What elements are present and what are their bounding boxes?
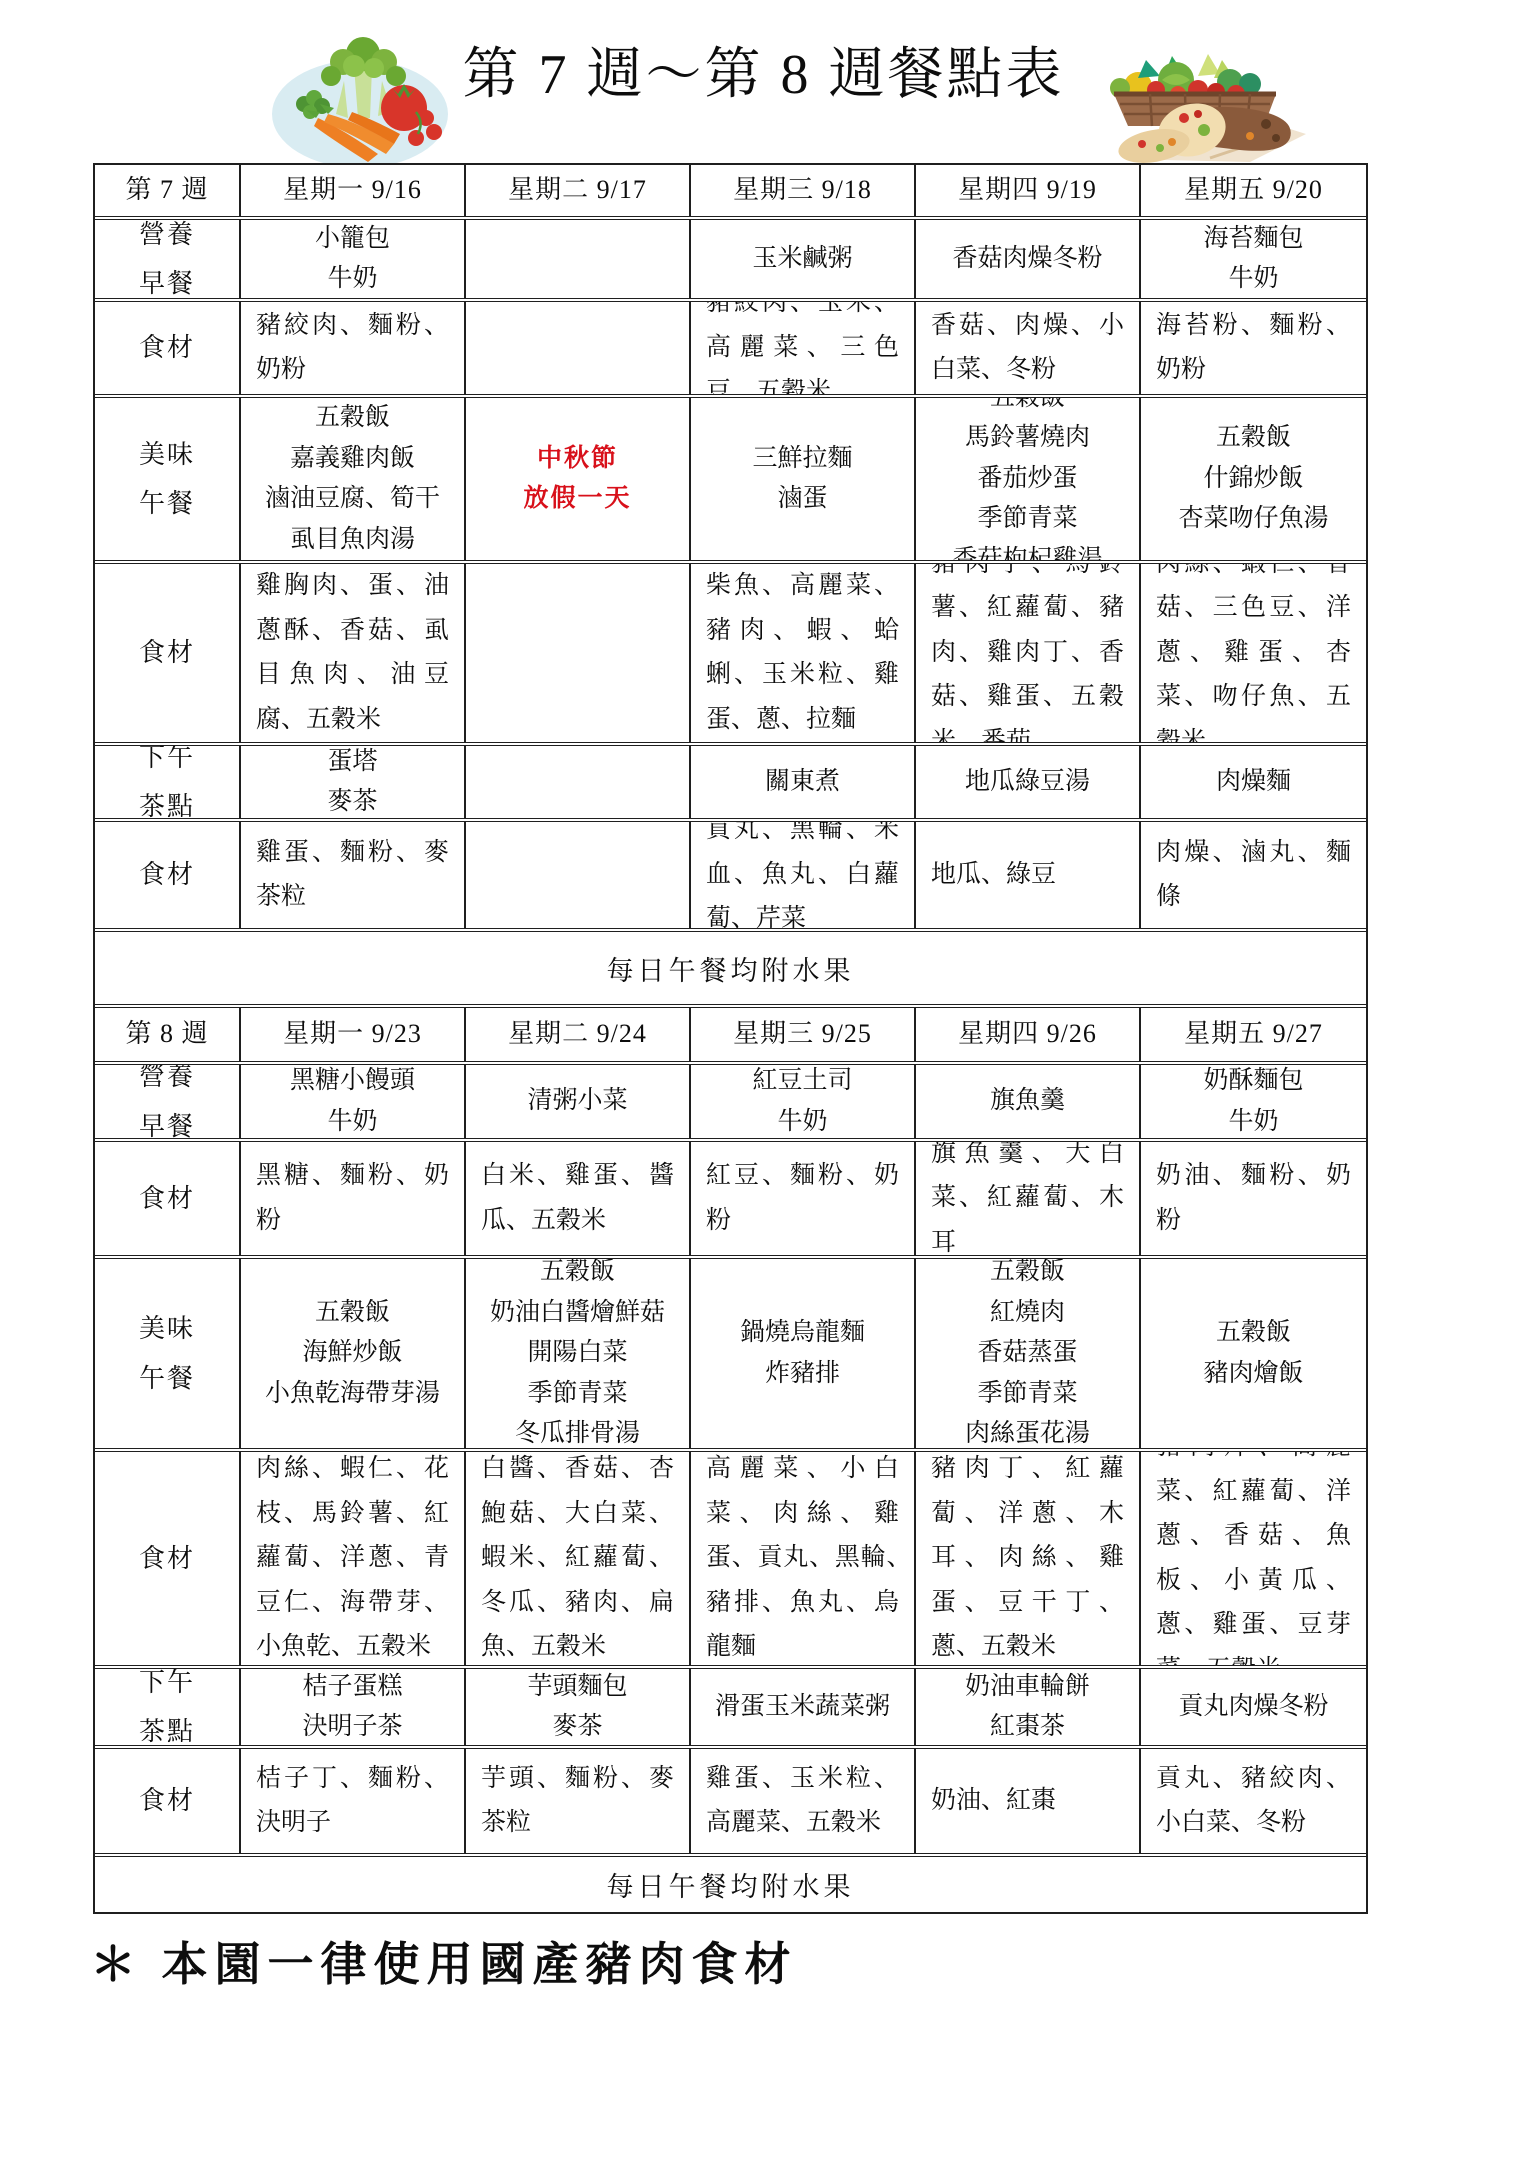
meal-cell: 五穀飯奶油白醬燴鮮菇開陽白菜季節青菜冬瓜排骨湯 — [466, 1259, 691, 1448]
menu-row: 食材黑糖、麵粉、奶粉白米、雞蛋、醬瓜、五穀米紅豆、麵粉、奶粉旗魚羹、大白菜、紅蘿… — [95, 1142, 1366, 1259]
cell-line: 星期五 9/20 — [1184, 169, 1323, 211]
cell-line: 香菇蒸蛋 — [977, 1333, 1077, 1374]
meal-cell: 地瓜綠豆湯 — [916, 746, 1141, 818]
meal-cell: 紅豆土司牛奶 — [691, 1065, 916, 1138]
cell-line: 星期三 9/18 — [733, 169, 872, 211]
cell-line: 每日午餐均附水果 — [607, 1865, 855, 1904]
week-7-header-row: 第 7 週星期一 9/16星期二 9/17星期三 9/18星期四 9/19星期五… — [95, 165, 1366, 220]
ingredient-text: 白米、雞蛋、醬瓜、五穀米 — [481, 1154, 674, 1243]
cell-line: 三鮮拉麵 — [752, 439, 852, 480]
cell-line: 番茄炒蛋 — [977, 459, 1077, 500]
meal-cell: 芋頭麵包麥茶 — [466, 1669, 691, 1745]
ingredient-cell: 桔子丁、麵粉、決明子 — [241, 1749, 466, 1853]
cell-line: 星期一 9/16 — [283, 169, 422, 211]
cell-line: 五穀飯 — [990, 398, 1065, 418]
cell-line: 奶酥麵包 — [1203, 1065, 1303, 1102]
fruit-note-row: 每日午餐均附水果 — [95, 932, 1366, 1008]
ingredient-text: 桔子丁、麵粉、決明子 — [256, 1757, 449, 1846]
cell-line: 桔子蛋糕 — [302, 1669, 402, 1707]
cell-line: 地瓜綠豆湯 — [965, 762, 1090, 803]
cell-line: 季節青菜 — [977, 499, 1077, 540]
cell-line: 豬肉燴飯 — [1203, 1354, 1303, 1395]
meal-cell: 五穀飯馬鈴薯燒肉番茄炒蛋季節青菜香菇枸杞雞湯 — [916, 398, 1141, 560]
ingredient-cell: 奶油、麵粉、奶粉 — [1141, 1142, 1366, 1255]
row-label: 食材 — [95, 1749, 241, 1853]
cell-line: 茶點 — [139, 1707, 195, 1745]
cell-line: 季節青菜 — [527, 1374, 627, 1415]
row-label: 營養早餐 — [95, 1065, 241, 1138]
menu-row: 食材雞蛋、麵粉、麥茶粒貢丸、黑輪、米血、魚丸、白蘿蔔、芹菜地瓜、綠豆肉燥、滷丸、… — [95, 822, 1366, 932]
ingredient-cell — [466, 564, 691, 742]
cell-line: 關東煮 — [765, 762, 840, 803]
ingredient-text: 地瓜、綠豆 — [931, 853, 1124, 898]
cell-line: 星期四 9/26 — [958, 1013, 1097, 1055]
fruit-note-row: 每日午餐均附水果 — [95, 1857, 1366, 1912]
cell-line: 第 7 週 — [125, 169, 208, 211]
cell-line: 茶點 — [139, 782, 195, 818]
cell-line: 紅燒肉 — [990, 1293, 1065, 1334]
cell-line: 牛奶 — [777, 1102, 827, 1139]
page-title: 第 7 週～第 8 週餐點表 — [0, 30, 1527, 110]
meal-cell: 玉米鹹粥 — [691, 220, 916, 298]
ingredient-cell: 地瓜、綠豆 — [916, 822, 1141, 928]
ingredient-text: 奶油、麵粉、奶粉 — [1156, 1154, 1351, 1243]
cell-line: 中秋節 — [537, 439, 618, 480]
ingredient-text: 豬絞肉、麵粉、奶粉 — [256, 304, 449, 393]
meal-cell: 三鮮拉麵滷蛋 — [691, 398, 916, 560]
row-label: 食材 — [95, 1452, 241, 1665]
ingredient-cell: 香菇、肉燥、小白菜、冬粉 — [916, 302, 1141, 394]
ingredient-cell: 海苔粉、麵粉、奶粉 — [1141, 302, 1366, 394]
ingredient-cell: 肉絲、蝦仁、香菇、三色豆、洋蔥、雞蛋、杏菜、吻仔魚、五穀米 — [1141, 564, 1366, 742]
cell-line: 嘉義雞肉飯 — [290, 439, 415, 480]
day-header: 星期二 9/17 — [466, 165, 691, 216]
cell-line: 星期一 9/23 — [283, 1013, 422, 1055]
row-label: 下午茶點 — [95, 1669, 241, 1745]
cell-line: 小魚乾海帶芽湯 — [265, 1374, 440, 1415]
ingredient-text: 紅豆、麵粉、奶粉 — [706, 1154, 899, 1243]
ingredient-text: 豬肉片、高麗菜、紅蘿蔔、洋蔥、香菇、魚板、小黃瓜、蔥、雞蛋、豆芽菜、五穀米 — [1156, 1452, 1351, 1665]
day-header: 星期三 9/18 — [691, 165, 916, 216]
ingredient-text: 豬絞肉、玉米、高麗菜、三色豆、五穀米 — [706, 302, 899, 394]
ingredient-cell: 豬絞肉、麵粉、奶粉 — [241, 302, 466, 394]
ingredient-cell: 肉絲、蝦仁、花枝、馬鈴薯、紅蘿蔔、洋蔥、青豆仁、海帶芽、小魚乾、五穀米 — [241, 1452, 466, 1665]
ingredient-cell: 旗魚羹、大白菜、紅蘿蔔、木耳 — [916, 1142, 1141, 1255]
cell-line: 星期五 9/27 — [1184, 1013, 1323, 1055]
row-label: 下午茶點 — [95, 746, 241, 818]
cell-line: 玉米鹹粥 — [752, 239, 852, 280]
day-header: 星期五 9/27 — [1141, 1008, 1366, 1061]
meal-cell — [466, 220, 691, 298]
ingredient-cell: 雞胸肉、蛋、油蔥酥、香菇、虱目魚肉、油豆腐、五穀米 — [241, 564, 466, 742]
cell-line: 炸豬排 — [765, 1354, 840, 1395]
cell-line: 杏菜吻仔魚湯 — [1178, 499, 1328, 540]
ingredient-cell: 高麗菜、小白菜、肉絲、雞蛋、貢丸、黑輪、 豬排、魚丸、烏龍麵 — [691, 1452, 916, 1665]
day-header: 星期三 9/25 — [691, 1008, 916, 1061]
meal-cell: 鍋燒烏龍麵炸豬排 — [691, 1259, 916, 1448]
ingredient-text: 高麗菜、小白菜、肉絲、雞蛋、貢丸、黑輪、 豬排、魚丸、烏龍麵 — [706, 1452, 899, 1665]
ingredient-cell: 奶油、紅棗 — [916, 1749, 1141, 1853]
cell-line: 食材 — [139, 323, 195, 372]
ingredient-cell: 肉燥、滷丸、麵條 — [1141, 822, 1366, 928]
ingredient-cell: 貢丸、黑輪、米血、魚丸、白蘿蔔、芹菜 — [691, 822, 916, 928]
ingredient-text: 貢丸、豬絞肉、小白菜、冬粉 — [1156, 1757, 1351, 1846]
cell-line: 蛋塔 — [327, 746, 377, 782]
meal-cell: 桔子蛋糕決明子茶 — [241, 1669, 466, 1745]
cell-line: 食材 — [139, 1174, 195, 1223]
cell-line: 美味 — [139, 1304, 195, 1353]
meal-cell: 五穀飯嘉義雞肉飯滷油豆腐、筍干虱目魚肉湯 — [241, 398, 466, 560]
cell-line: 滑蛋玉米蔬菜粥 — [715, 1687, 890, 1728]
ingredient-cell — [466, 302, 691, 394]
ingredient-cell: 貢丸、豬絞肉、小白菜、冬粉 — [1141, 1749, 1366, 1853]
meal-cell: 貢丸肉燥冬粉 — [1141, 1669, 1366, 1745]
ingredient-cell: 雞蛋、玉米粒、高麗菜、五穀米 — [691, 1749, 916, 1853]
ingredient-text: 香菇、肉燥、小白菜、冬粉 — [931, 304, 1124, 393]
cell-line: 紅豆土司 — [752, 1065, 852, 1102]
ingredient-cell: 白醬、香菇、杏鮑菇、大白菜、蝦米、紅蘿蔔、冬瓜、豬肉、扁魚、五穀米 — [466, 1452, 691, 1665]
day-header: 星期四 9/26 — [916, 1008, 1141, 1061]
cell-line: 早餐 — [139, 1102, 195, 1139]
cell-line: 五穀飯 — [315, 1293, 390, 1334]
cell-line: 五穀飯 — [315, 398, 390, 439]
cell-line: 牛奶 — [327, 259, 377, 298]
meal-cell: 奶油車輪餅紅棗茶 — [916, 1669, 1141, 1745]
ingredient-text: 海苔粉、麵粉、奶粉 — [1156, 304, 1351, 393]
cell-line: 海鮮炒飯 — [302, 1333, 402, 1374]
ingredient-text: 雞胸肉、蛋、油蔥酥、香菇、虱目魚肉、油豆腐、五穀米 — [256, 564, 449, 742]
menu-table: 第 7 週星期一 9/16星期二 9/17星期三 9/18星期四 9/19星期五… — [93, 163, 1368, 1914]
meal-cell: 關東煮 — [691, 746, 916, 818]
day-header: 星期二 9/24 — [466, 1008, 691, 1061]
meal-cell: 五穀飯什錦炒飯杏菜吻仔魚湯 — [1141, 398, 1366, 560]
menu-row: 營養早餐小籠包牛奶玉米鹹粥香菇肉燥冬粉海苔麵包牛奶 — [95, 220, 1366, 302]
meal-cell: 小籠包牛奶 — [241, 220, 466, 298]
cell-line: 星期二 9/17 — [508, 169, 647, 211]
week-8-header-row: 第 8 週星期一 9/23星期二 9/24星期三 9/25星期四 9/26星期五… — [95, 1008, 1366, 1065]
cell-line: 冬瓜排骨湯 — [515, 1414, 640, 1448]
day-header: 星期四 9/19 — [916, 165, 1141, 216]
cell-line: 香菇枸杞雞湯 — [952, 540, 1102, 560]
cell-line: 牛奶 — [1228, 259, 1278, 298]
week-label: 第 8 週 — [95, 1008, 241, 1061]
cell-line: 麥茶 — [327, 782, 377, 818]
cell-line: 下午 — [139, 1669, 195, 1707]
day-header: 星期一 9/23 — [241, 1008, 466, 1061]
ingredient-cell: 白米、雞蛋、醬瓜、五穀米 — [466, 1142, 691, 1255]
ingredient-text: 奶油、紅棗 — [931, 1779, 1124, 1824]
cell-line: 五穀飯 — [1216, 418, 1291, 459]
cell-line: 虱目魚肉湯 — [290, 520, 415, 561]
meal-cell: 旗魚羹 — [916, 1065, 1141, 1138]
cell-line: 食材 — [139, 850, 195, 899]
ingredient-text: 豬肉丁、紅蘿蔔、洋蔥、木耳、肉絲、雞蛋、豆干丁、蔥、五穀米 — [931, 1452, 1124, 1665]
ingredient-cell: 紅豆、麵粉、奶粉 — [691, 1142, 916, 1255]
day-header: 星期一 9/16 — [241, 165, 466, 216]
cell-line: 奶油車輪餅 — [965, 1669, 1090, 1707]
row-label: 食材 — [95, 1142, 241, 1255]
cell-line: 小籠包 — [315, 220, 390, 259]
cell-line: 馬鈴薯燒肉 — [965, 418, 1090, 459]
cell-line: 決明子茶 — [302, 1707, 402, 1745]
menu-row: 下午茶點桔子蛋糕決明子茶芋頭麵包麥茶滑蛋玉米蔬菜粥奶油車輪餅紅棗茶貢丸肉燥冬粉 — [95, 1669, 1366, 1749]
ingredient-text: 雞蛋、麵粉、麥茶粒 — [256, 831, 449, 920]
meal-cell: 肉燥麵 — [1141, 746, 1366, 818]
cell-line: 星期四 9/19 — [958, 169, 1097, 211]
holiday-cell: 中秋節放假一天 — [466, 398, 691, 560]
cell-line: 黑糖小饅頭 — [290, 1065, 415, 1102]
cell-line: 香菇肉燥冬粉 — [952, 239, 1102, 280]
meal-cell: 清粥小菜 — [466, 1065, 691, 1138]
meal-cell — [466, 746, 691, 818]
ingredient-cell: 黑糖、麵粉、奶粉 — [241, 1142, 466, 1255]
cell-line: 每日午餐均附水果 — [607, 949, 855, 988]
menu-row: 食材肉絲、蝦仁、花枝、馬鈴薯、紅蘿蔔、洋蔥、青豆仁、海帶芽、小魚乾、五穀米白醬、… — [95, 1452, 1366, 1669]
cell-line: 星期三 9/25 — [733, 1013, 872, 1055]
ingredient-text: 肉絲、蝦仁、香菇、三色豆、洋蔥、雞蛋、杏菜、吻仔魚、五穀米 — [1156, 564, 1351, 742]
cell-line: 開陽白菜 — [527, 1333, 627, 1374]
cell-line: 營養 — [139, 1065, 195, 1102]
meal-cell: 黑糖小饅頭牛奶 — [241, 1065, 466, 1138]
row-label: 食材 — [95, 822, 241, 928]
ingredient-text: 旗魚羹、大白菜、紅蘿蔔、木耳 — [931, 1142, 1124, 1255]
cell-line: 紅棗茶 — [990, 1707, 1065, 1745]
menu-row: 下午茶點蛋塔麥茶關東煮地瓜綠豆湯肉燥麵 — [95, 746, 1366, 822]
pork-origin-footnote: ＊ 本園一律使用國產豬肉食材 — [90, 1928, 798, 1994]
meal-cell: 奶酥麵包牛奶 — [1141, 1065, 1366, 1138]
ingredient-text: 肉絲、蝦仁、花枝、馬鈴薯、紅蘿蔔、洋蔥、青豆仁、海帶芽、小魚乾、五穀米 — [256, 1452, 449, 1665]
ingredient-cell: 豬肉片、高麗菜、紅蘿蔔、洋蔥、香菇、魚板、小黃瓜、蔥、雞蛋、豆芽菜、五穀米 — [1141, 1452, 1366, 1665]
menu-row: 食材桔子丁、麵粉、決明子芋頭、麵粉、麥茶粒雞蛋、玉米粒、高麗菜、五穀米奶油、紅棗… — [95, 1749, 1366, 1857]
menu-row: 營養早餐黑糖小饅頭牛奶清粥小菜紅豆土司牛奶旗魚羹奶酥麵包牛奶 — [95, 1065, 1366, 1142]
day-header: 星期五 9/20 — [1141, 165, 1366, 216]
ingredient-text: 芋頭、麵粉、麥茶粒 — [481, 1757, 674, 1846]
ingredient-text: 雞蛋、玉米粒、高麗菜、五穀米 — [706, 1757, 899, 1846]
cell-line: 美味 — [139, 430, 195, 479]
ingredient-cell — [466, 822, 691, 928]
cell-line: 食材 — [139, 1534, 195, 1583]
cell-line: 牛奶 — [1228, 1102, 1278, 1139]
cell-line: 星期二 9/24 — [508, 1013, 647, 1055]
row-label: 食材 — [95, 302, 241, 394]
ingredient-text: 肉燥、滷丸、麵條 — [1156, 831, 1351, 920]
cell-line: 營養 — [139, 220, 195, 259]
cell-line: 滷油豆腐、筍干 — [265, 479, 440, 520]
cell-line: 奶油白醬燴鮮菇 — [490, 1293, 665, 1334]
cell-line: 牛奶 — [327, 1102, 377, 1139]
cell-line: 放假一天 — [523, 479, 631, 520]
ingredient-cell: 雞蛋、麵粉、麥茶粒 — [241, 822, 466, 928]
cell-line: 肉絲蛋花湯 — [965, 1414, 1090, 1448]
cell-line: 下午 — [139, 746, 195, 782]
ingredient-cell: 豬肉丁、馬鈴薯、紅蘿蔔、豬肉、雞肉丁、香菇、雞蛋、五穀米、番茄 — [916, 564, 1141, 742]
meal-cell: 滑蛋玉米蔬菜粥 — [691, 1669, 916, 1745]
cell-line: 早餐 — [139, 259, 195, 298]
cell-line: 滷蛋 — [777, 479, 827, 520]
ingredient-cell: 豬肉丁、紅蘿蔔、洋蔥、木耳、肉絲、雞蛋、豆干丁、蔥、五穀米 — [916, 1452, 1141, 1665]
row-label: 食材 — [95, 564, 241, 742]
ingredient-text: 黑糖、麵粉、奶粉 — [256, 1154, 449, 1243]
cell-line: 午餐 — [139, 1354, 195, 1403]
row-label: 營養早餐 — [95, 220, 241, 298]
cell-line: 五穀飯 — [1216, 1313, 1291, 1354]
ingredient-text: 貢丸、黑輪、米血、魚丸、白蘿蔔、芹菜 — [706, 822, 899, 928]
cell-line: 肉燥麵 — [1216, 762, 1291, 803]
meal-cell: 海苔麵包牛奶 — [1141, 220, 1366, 298]
meal-cell: 蛋塔麥茶 — [241, 746, 466, 818]
cell-line: 什錦炒飯 — [1203, 459, 1303, 500]
cell-line: 季節青菜 — [977, 1374, 1077, 1415]
menu-row: 食材豬絞肉、麵粉、奶粉豬絞肉、玉米、高麗菜、三色豆、五穀米香菇、肉燥、小白菜、冬… — [95, 302, 1366, 398]
row-label: 美味午餐 — [95, 1259, 241, 1448]
menu-row: 食材雞胸肉、蛋、油蔥酥、香菇、虱目魚肉、油豆腐、五穀米柴魚、高麗菜、豬肉、蝦、蛤… — [95, 564, 1366, 746]
cell-line: 麥茶 — [552, 1707, 602, 1745]
meal-cell: 五穀飯海鮮炒飯小魚乾海帶芽湯 — [241, 1259, 466, 1448]
cell-line: 貢丸肉燥冬粉 — [1178, 1687, 1328, 1728]
ingredient-cell: 柴魚、高麗菜、豬肉、蝦、蛤蜊、玉米粒、雞蛋、蔥、拉麵 — [691, 564, 916, 742]
cell-line: 清粥小菜 — [527, 1081, 627, 1122]
cell-line: 五穀飯 — [540, 1259, 615, 1293]
ingredient-cell: 芋頭、麵粉、麥茶粒 — [466, 1749, 691, 1853]
menu-page: 第 7 週～第 8 週餐點表 第 7 週星期一 9/16星期二 9/17星期三 … — [0, 0, 1527, 2160]
ingredient-text: 柴魚、高麗菜、豬肉、蝦、蛤蜊、玉米粒、雞蛋、蔥、拉麵 — [706, 564, 899, 742]
cell-line: 芋頭麵包 — [527, 1669, 627, 1707]
cell-line: 食材 — [139, 628, 195, 677]
menu-row: 美味午餐五穀飯海鮮炒飯小魚乾海帶芽湯五穀飯奶油白醬燴鮮菇開陽白菜季節青菜冬瓜排骨… — [95, 1259, 1366, 1452]
cell-line: 海苔麵包 — [1203, 220, 1303, 259]
meal-cell: 香菇肉燥冬粉 — [916, 220, 1141, 298]
cell-line: 鍋燒烏龍麵 — [740, 1313, 865, 1354]
cell-line: 午餐 — [139, 479, 195, 528]
ingredient-text: 豬肉丁、馬鈴薯、紅蘿蔔、豬肉、雞肉丁、香菇、雞蛋、五穀米、番茄 — [931, 564, 1124, 742]
ingredient-cell: 豬絞肉、玉米、高麗菜、三色豆、五穀米 — [691, 302, 916, 394]
ingredient-text: 白醬、香菇、杏鮑菇、大白菜、蝦米、紅蘿蔔、冬瓜、豬肉、扁魚、五穀米 — [481, 1452, 674, 1665]
menu-row: 美味午餐五穀飯嘉義雞肉飯滷油豆腐、筍干虱目魚肉湯中秋節放假一天三鮮拉麵滷蛋五穀飯… — [95, 398, 1366, 564]
cell-line: 食材 — [139, 1776, 195, 1825]
week-label: 第 7 週 — [95, 165, 241, 216]
cell-line: 五穀飯 — [990, 1259, 1065, 1293]
row-label: 美味午餐 — [95, 398, 241, 560]
cell-line: 第 8 週 — [125, 1013, 208, 1055]
meal-cell: 五穀飯豬肉燴飯 — [1141, 1259, 1366, 1448]
meal-cell: 五穀飯紅燒肉香菇蒸蛋季節青菜肉絲蛋花湯 — [916, 1259, 1141, 1448]
cell-line: 旗魚羹 — [990, 1081, 1065, 1122]
